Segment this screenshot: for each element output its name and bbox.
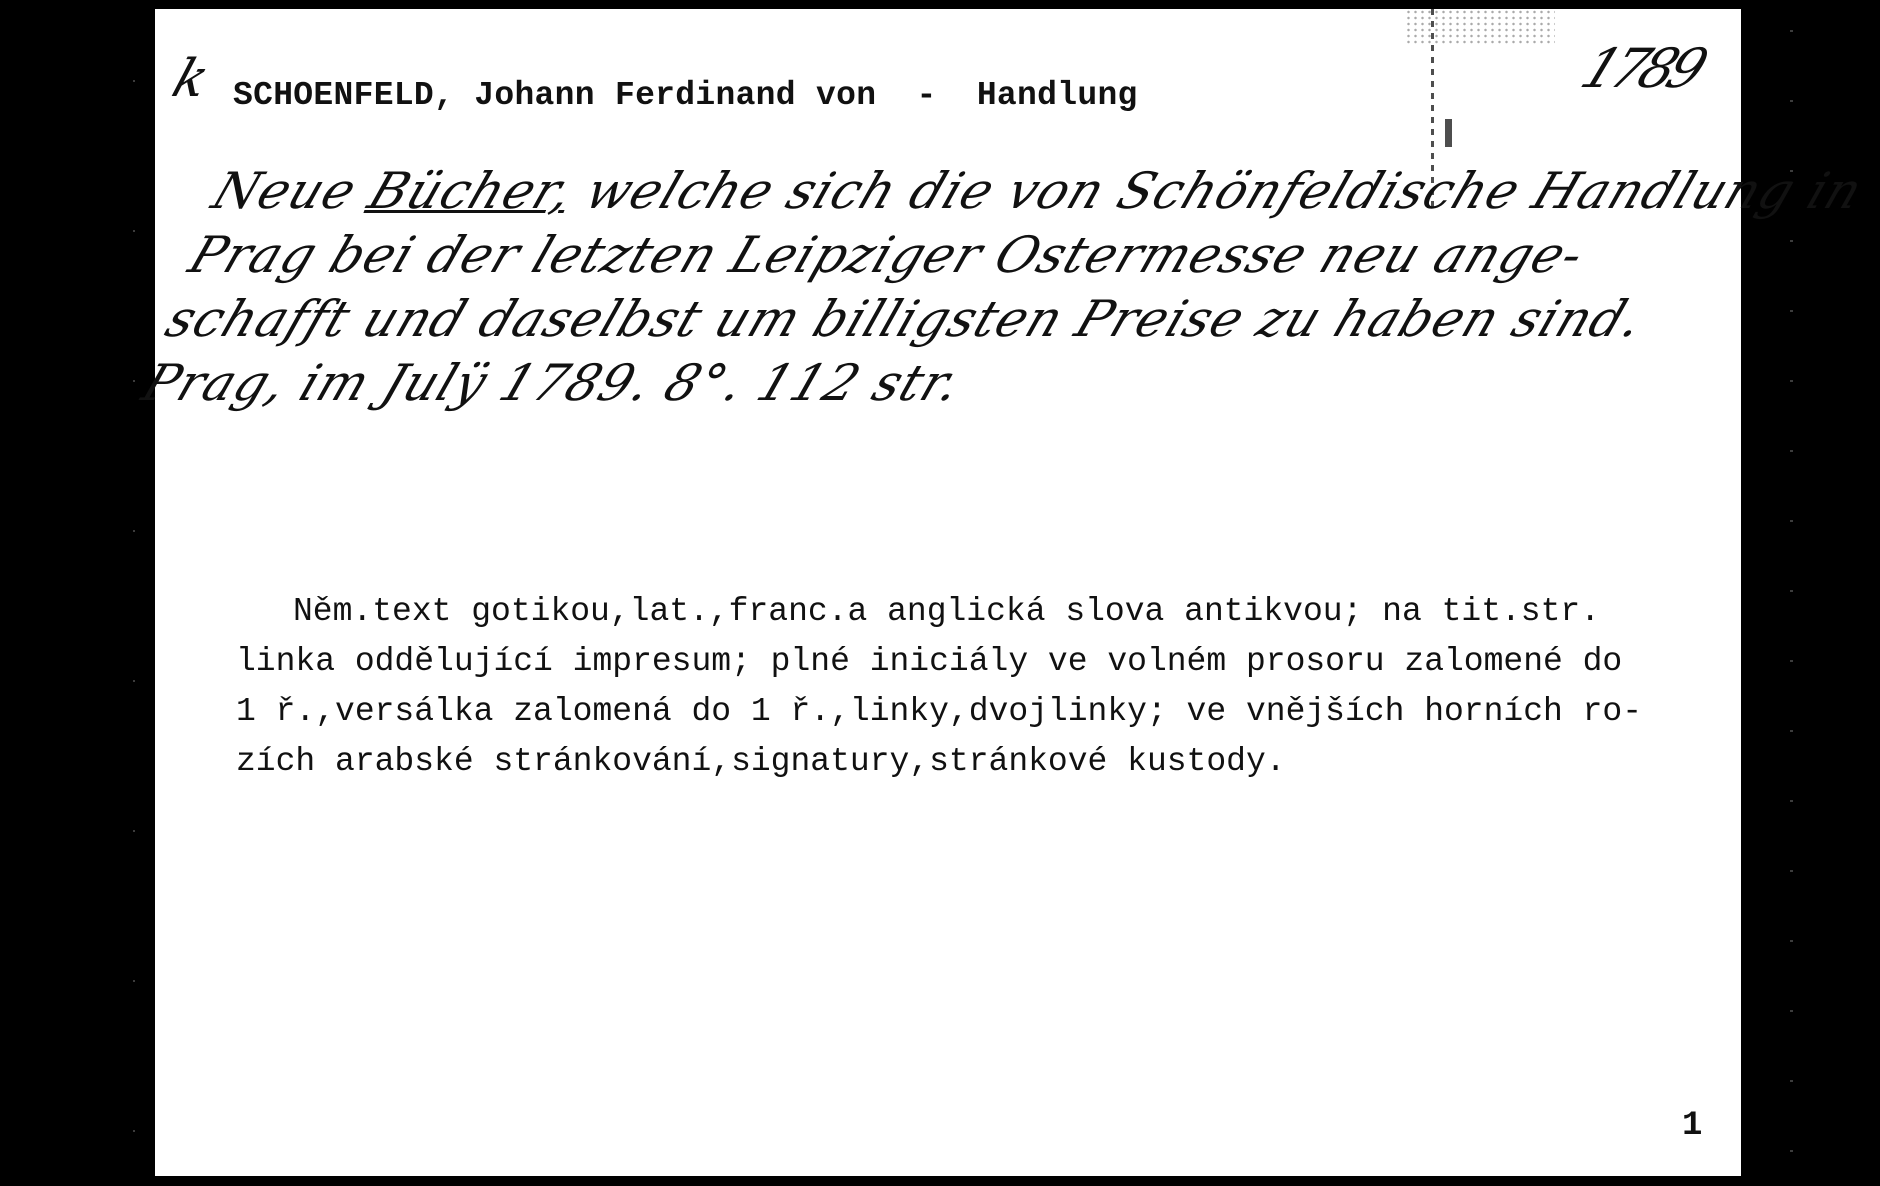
typed-line: linka oddělující impresum; plné iniciály… <box>236 637 1616 687</box>
scan-edge-noise-left <box>133 0 135 1186</box>
handwritten-underlined-word: Bücher, <box>361 162 582 220</box>
scan-dust <box>1405 9 1555 45</box>
handwritten-line: Prag bei der letzten Leipziger Ostermess… <box>180 223 1623 287</box>
typed-line: 1 ř.,versálka zalomená do 1 ř.,linky,dvo… <box>236 687 1616 737</box>
typed-line: Něm.text gotikou,lat.,franc.a anglická s… <box>236 587 1616 637</box>
page-number: 1 <box>1682 1107 1702 1145</box>
scan-artifact-blot <box>1445 119 1452 147</box>
handwritten-line: Neue Bücher, welche sich die von Schönfe… <box>204 159 1647 223</box>
catalog-card: k SCHOENFELD, Johann Ferdinand von - Han… <box>155 9 1741 1176</box>
typed-line: zích arabské stránkování,signatury,strán… <box>236 737 1616 787</box>
handwritten-description: Neue Bücher, welche sich die von Schönfe… <box>134 159 1647 415</box>
handwritten-line: Prag, im Julÿ 1789. 8°. 112 str. <box>134 351 1577 415</box>
handwritten-line: schafft und daselbst um billigsten Preis… <box>157 287 1600 351</box>
handwritten-text: Neue <box>205 162 382 220</box>
handwritten-text: welche sich die von Schönfeldische Handl… <box>561 162 1871 220</box>
card-heading: SCHOENFELD, Johann Ferdinand von - Handl… <box>233 77 1138 114</box>
margin-mark: k <box>165 49 216 109</box>
handwritten-year: 1789 <box>1572 37 1711 100</box>
typed-bibliographic-note: Něm.text gotikou,lat.,franc.a anglická s… <box>236 587 1616 787</box>
